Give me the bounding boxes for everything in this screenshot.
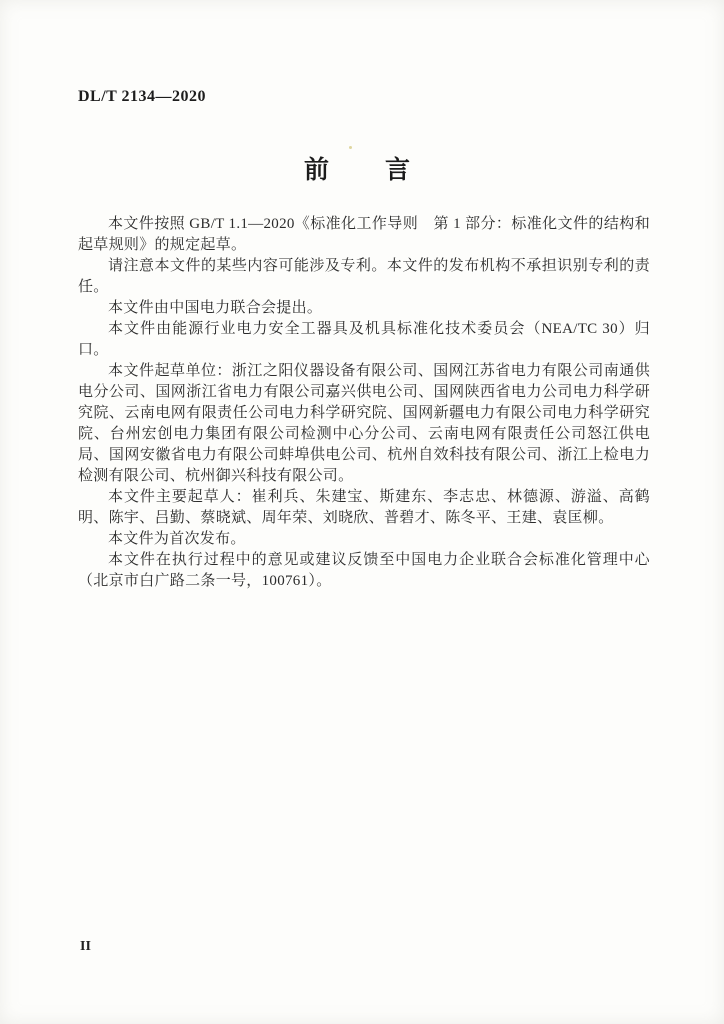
page-title: 前 言 xyxy=(0,150,716,186)
page-number: II xyxy=(80,939,91,955)
foreword-body: 本文件按照 GB/T 1.1—2020《标准化工作导则 第 1 部分：标准化文件… xyxy=(78,214,650,592)
paragraph-drafting-rules: 本文件按照 GB/T 1.1—2020《标准化工作导则 第 1 部分：标准化文件… xyxy=(78,214,650,256)
paragraph-first-issue: 本文件为首次发布。 xyxy=(78,529,650,550)
paragraph-feedback-address: 本文件在执行过程中的意见或建议反馈至中国电力企业联合会标准化管理中心（北京市白广… xyxy=(78,550,650,592)
scan-artifact-dot xyxy=(349,146,352,149)
paragraph-proposed-by: 本文件由中国电力联合会提出。 xyxy=(78,298,650,319)
paragraph-main-drafters: 本文件主要起草人：崔利兵、朱建宝、斯建东、李志忠、林德源、游溢、高鹤明、陈宇、吕… xyxy=(78,487,650,529)
paragraph-patent-notice: 请注意本文件的某些内容可能涉及专利。本文件的发布机构不承担识别专利的责任。 xyxy=(78,256,650,298)
paragraph-centralized-by: 本文件由能源行业电力安全工器具及机具标准化技术委员会（NEA/TC 30）归口。 xyxy=(78,319,650,361)
paragraph-drafting-organizations: 本文件起草单位：浙江之阳仪器设备有限公司、国网江苏省电力有限公司南通供电分公司、… xyxy=(78,361,650,487)
document-page: DL/T 2134—2020 前 言 本文件按照 GB/T 1.1—2020《标… xyxy=(0,0,724,1024)
document-code: DL/T 2134—2020 xyxy=(78,88,206,106)
